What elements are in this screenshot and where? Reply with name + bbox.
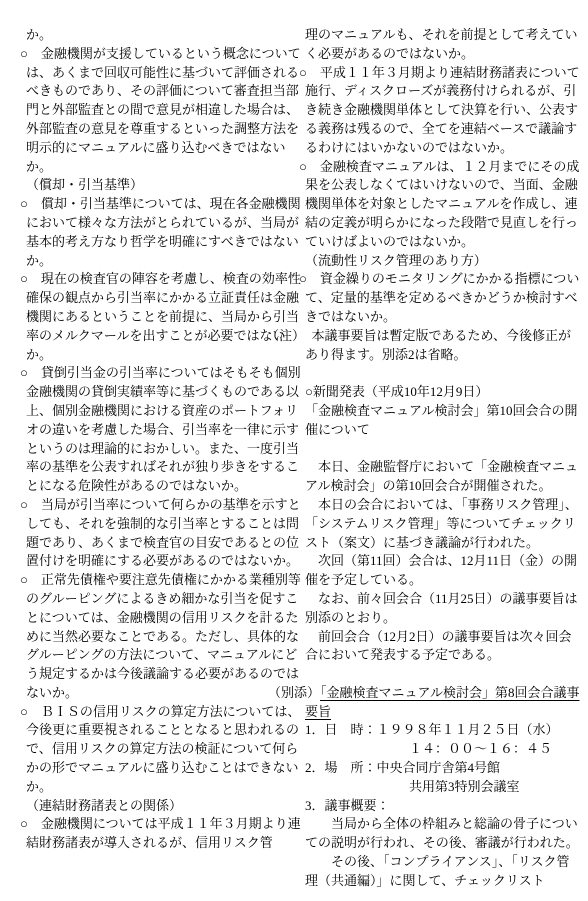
discussion-point: ○ 当局が引当率について何らかの基準を示すとしても、それを強制的な引当率とするこ… <box>26 496 302 571</box>
body-text: 次回（第11回）会合は、12月11日（金）の開催を予定している。 <box>305 552 581 590</box>
section-heading: （償却・引当基準） <box>26 176 302 195</box>
attachment-label: （別添） <box>268 685 320 700</box>
body-text: 当局から全体の枠組みと総論の骨子についての説明が行われ、その後、審議が行われた。 <box>305 815 581 853</box>
discussion-point: ○ 貸倒引当金の引当率についてはそもそも個別金融機関の貸倒実績率等に基づくもので… <box>26 364 302 496</box>
right-column: 理のマニュアルも、それを前提として考えていく必要があるのではないか。○ 平成１１… <box>305 26 581 891</box>
discussion-point: ○ 平成１１年３月期より連結財務諸表について施行、ディスクローズが義務付けられる… <box>305 64 581 158</box>
discussion-point: ○ 現在の検査官の陣容を考慮し、検査の効率性確保の観点から引当率にかかる立証責任… <box>26 270 302 364</box>
spacer <box>305 440 581 459</box>
discussion-point: ○ ＢＩＳの信用リスクの算定方法については、今後更に重要視されることとなると思わ… <box>26 703 302 797</box>
body-text: 本日、金融監督庁において「金融検査マニュアル検討会」の第10回会合が開催された。 <box>305 458 581 496</box>
attachment-title: 「金融検査マニュアル検討会」第8回会合議事要旨 <box>305 685 580 719</box>
left-column: か。○ 金融機関が支援しているという概念については、あくまで回収可能性に基づいて… <box>26 26 302 853</box>
body-text: １４：００～１６：４５ <box>305 740 581 759</box>
document-page: か。○ 金融機関が支援しているという概念については、あくまで回収可能性に基づいて… <box>0 0 588 901</box>
press-release-title: 「金融検査マニュアル検討会」第10回会合の開催について <box>305 402 581 440</box>
body-text: 前回会合（12月2日）の議事要旨は次々回会合において発表する予定である。 <box>305 628 581 666</box>
body-text: その後、「コンプライアンス」、「リスク管理（共通編）」に関して、チェックリスト <box>305 853 581 891</box>
attachment-heading: （別添）「金融検査マニュアル検討会」第8回会合議事要旨 <box>305 684 581 722</box>
discussion-point: ○ 正常先債権や要注意先債権にかかる業種別等のグルーピングによるきめ細かな引当を… <box>26 571 302 703</box>
discussion-point: ○ 資金繰りのモニタリングにかかる指標について、定量的基準を定めるべきかどうか検… <box>305 270 581 326</box>
discussion-point: ○ 償却・引当基準については、現在各金融機関において様々な方法がとられているが、… <box>26 195 302 270</box>
meeting-detail: 3．議事概要： <box>305 797 581 816</box>
press-release-title: ○新聞発表（平成10年12月9日） <box>305 383 581 402</box>
note-text: （注） 本議事要旨は暫定版であるため、今後修正があり得ます。別添2は省略。 <box>305 327 581 365</box>
body-text: 本日の会合においては、「事務リスク管理」、「システムリスク管理」等についてチェッ… <box>305 496 581 552</box>
discussion-point: ○ 金融機関が支援しているという概念については、あくまで回収可能性に基づいて評価… <box>26 45 302 177</box>
spacer <box>305 665 581 684</box>
continued-text: か。 <box>26 26 302 45</box>
meeting-detail: 2．場 所：中央合同庁舎第4号館 <box>305 759 581 778</box>
body-text: 共用第3特別会議室 <box>305 778 581 797</box>
discussion-point: ○ 金融機関については平成１１年３月期より連結財務諸表が導入されるが、信用リスク… <box>26 815 302 853</box>
meeting-detail: 1．日 時：１９９８年１１月２５日（水） <box>305 721 581 740</box>
section-heading: （連結財務諸表との関係） <box>26 797 302 816</box>
continued-text: 理のマニュアルも、それを前提として考えていく必要があるのではないか。 <box>305 26 581 64</box>
body-text: なお、前々回会合（11月25日）の議事要旨は別添のとおり。 <box>305 590 581 628</box>
section-heading: （流動性リスク管理のあり方） <box>305 252 581 271</box>
spacer <box>305 364 581 383</box>
discussion-point: ○ 金融検査マニュアルは、１２月までにその成果を公表しなくてはいけないので、当面… <box>305 158 581 252</box>
